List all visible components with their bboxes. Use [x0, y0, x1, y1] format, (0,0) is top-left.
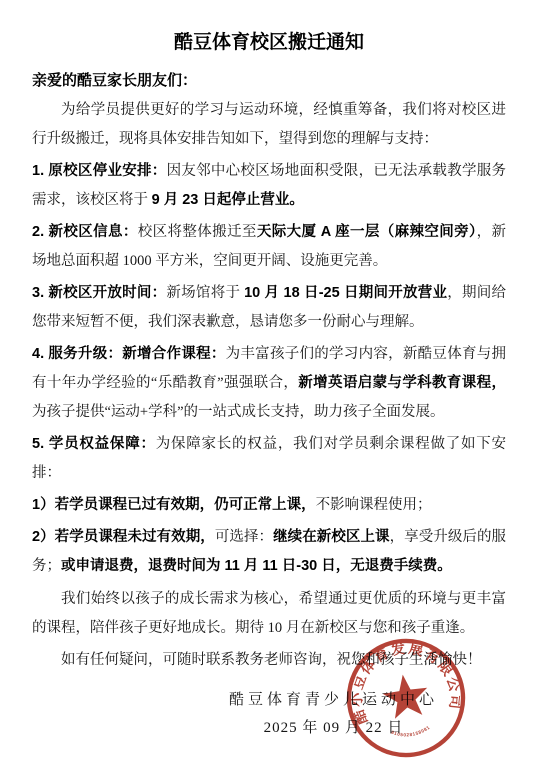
- text-run: 可选择：: [215, 529, 273, 545]
- text-run: 不影响课程使用；: [316, 497, 432, 513]
- notice-item-5: 5. 学员权益保障：为保障家长的权益，我们对学员剩余课程做了如下安排：: [32, 430, 506, 488]
- intro-paragraph: 为给学员提供更好的学习与运动环境，经慎重筹备，我们将对校区进行升级搬迁，现将具体…: [32, 96, 506, 154]
- signature-name: 酷豆体育青少儿运动中心: [229, 687, 438, 713]
- notice-subitem-1: 1）若学员课程已过有效期，仍可正常上课，不影响课程使用；: [32, 491, 506, 520]
- signature-block: 酷豆体育青少儿运动中心 2025 年 09 月 22 日: [229, 687, 438, 743]
- closing-paragraph-1: 我们始终以孩子的成长需求为核心，希望通过更优质的环境与更丰富的课程，陪伴孩子更好…: [32, 585, 506, 643]
- text-run: 继续在新校区上课: [273, 529, 389, 545]
- notice-document: 酷豆体育校区搬迁通知 亲爱的酷豆家长朋友们： 为给学员提供更好的学习与运动环境，…: [0, 0, 538, 761]
- text-run: 2）若学员课程未过有效期，: [32, 529, 215, 545]
- text-run: 1）若学员课程已过有效期，仍可正常上课，: [32, 497, 316, 513]
- text-run: 或申请退费，退费时间为 11 月 11 日-30 日，无退费手续费。: [61, 558, 452, 574]
- text-run: 为给学员提供更好的学习与运动环境，经慎重筹备，我们将对校区进行升级搬迁，现将具体…: [32, 102, 506, 147]
- text-run: 1. 原校区停业安排：: [32, 163, 167, 179]
- text-run: 4. 服务升级：新增合作课程：: [32, 346, 226, 362]
- notice-item-4: 4. 服务升级：新增合作课程：为丰富孩子们的学习内容，新酷豆体育与拥有十年办学经…: [32, 340, 506, 427]
- text-run: 为孩子提供“运动+学科”的一站式成长支持，助力孩子全面发展。: [32, 404, 445, 420]
- text-run: 3. 新校区开放时间：: [32, 285, 166, 301]
- text-run: 9 月 23 日起停止营业。: [152, 192, 304, 208]
- text-run: 5. 学员权益保障：: [32, 436, 156, 452]
- closing-paragraph-2: 如有任何疑问，可随时联系教务老师咨询，祝您和孩子生活愉快！: [32, 646, 506, 675]
- text-run: 校区将整体搬迁至: [138, 224, 257, 240]
- text-run: 天际大厦 A 座一层（麻辣空间旁）: [257, 224, 477, 240]
- notice-item-3: 3. 新校区开放时间：新场馆将于 10 月 18 日-25 日期间开放营业，期间…: [32, 279, 506, 337]
- salutation: 亲爱的酷豆家长朋友们：: [32, 68, 506, 94]
- text-run: 新场馆将于: [166, 285, 244, 301]
- signature-date: 2025 年 09 月 22 日: [229, 713, 438, 743]
- notice-item-1: 1. 原校区停业安排：因友邻中心校区场地面积受限，已无法承载教学服务需求，该校区…: [32, 157, 506, 215]
- text-run: 2. 新校区信息：: [32, 224, 138, 240]
- text-run: 新增英语启蒙与学科教育课程，: [298, 375, 506, 391]
- document-title: 酷豆体育校区搬迁通知: [32, 30, 506, 56]
- notice-item-2: 2. 新校区信息：校区将整体搬迁至天际大厦 A 座一层（麻辣空间旁），新场地总面…: [32, 218, 506, 276]
- text-run: 10 月 18 日-25 日期间开放营业: [244, 285, 447, 301]
- text-run: ，享受升级后的: [390, 529, 492, 545]
- text-run: 我们始终以孩子的成长需求为核心，希望通过更优质的环境与更丰富的课程，陪伴孩子更好…: [32, 591, 506, 636]
- notice-subitem-2: 2）若学员课程未过有效期，可选择：继续在新校区上课，享受升级后的服务；或申请退费…: [32, 523, 506, 581]
- text-run: 如有任何疑问，可随时联系教务老师咨询，祝您和孩子生活愉快！: [61, 652, 482, 668]
